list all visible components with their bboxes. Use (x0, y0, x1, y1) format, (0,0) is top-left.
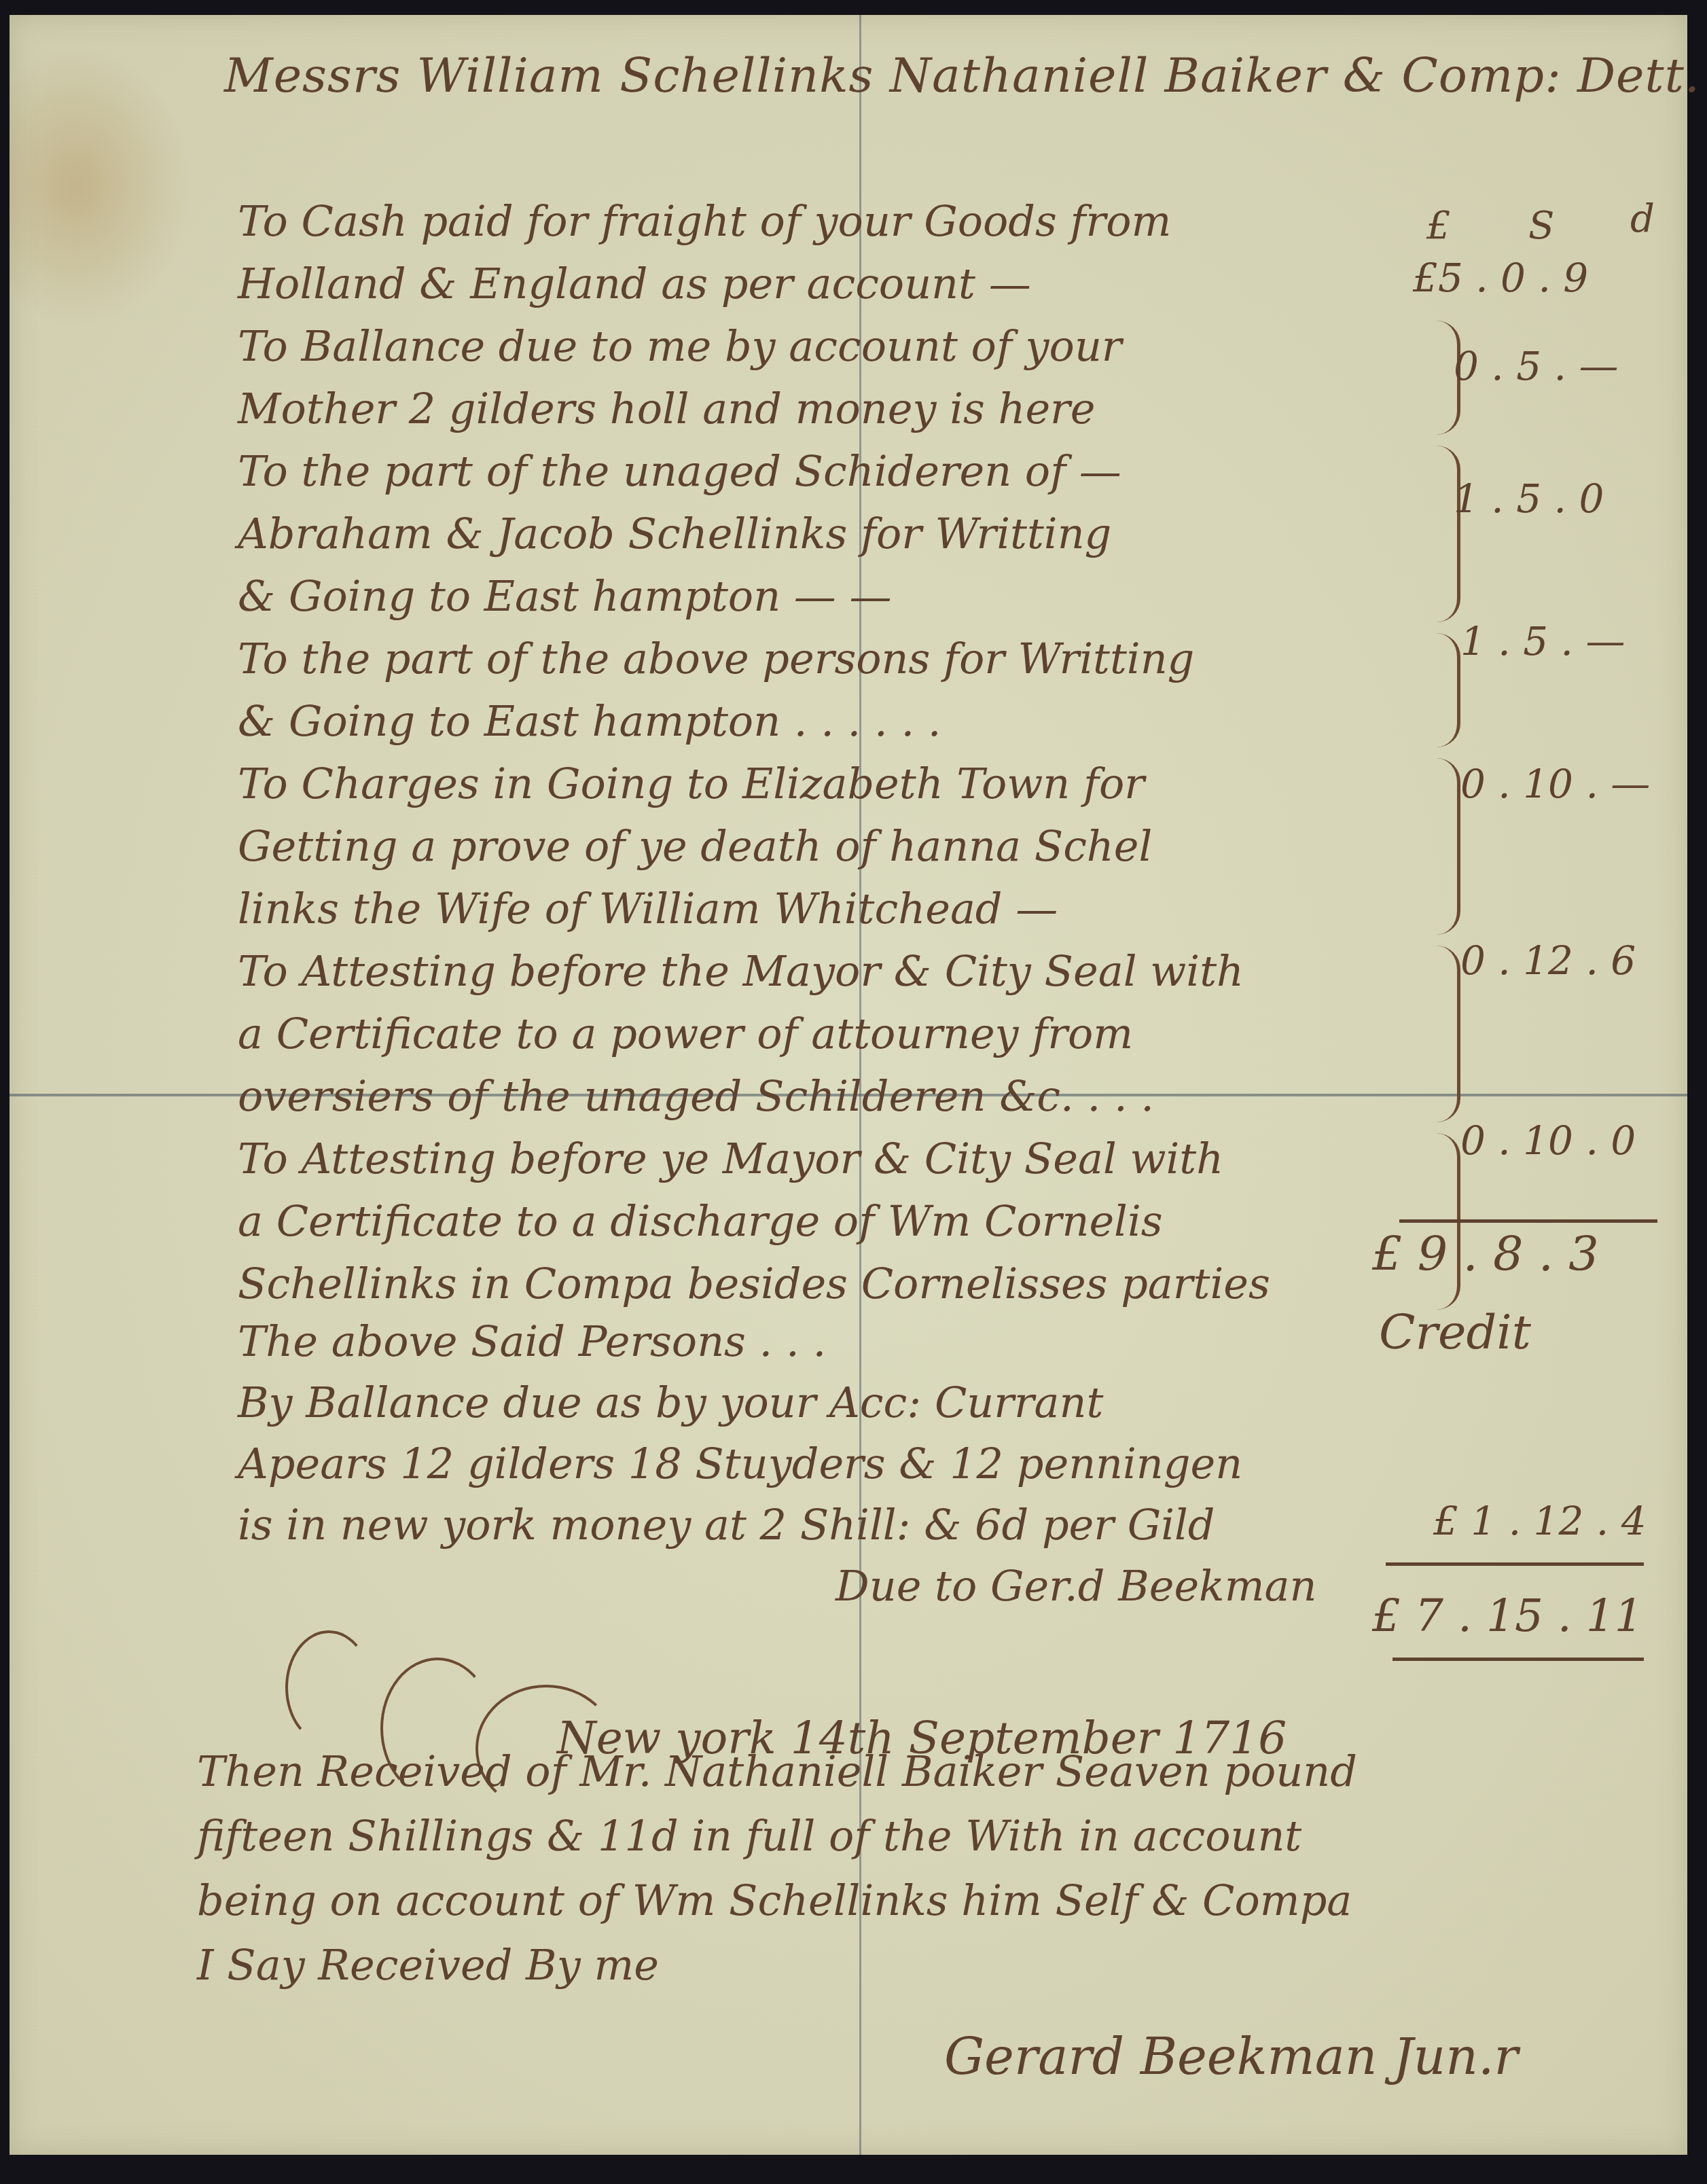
brace (1437, 633, 1460, 747)
col-header-pence: d (1630, 197, 1655, 241)
amount: 1 . 5 . 0 (1454, 476, 1604, 522)
account-heading: Messrs William Schellinks Nathaniell Bai… (224, 48, 1651, 103)
due-amount: £ 7 . 15 . 11 (1372, 1590, 1643, 1642)
amount: 0 . 12 . 6 (1460, 937, 1636, 984)
amount: £5 . 0 . 9 (1413, 255, 1588, 301)
brace (1437, 758, 1460, 935)
debit-entry: To the part of the unaged Schideren of —… (238, 440, 1433, 628)
credit-label: Credit (1379, 1304, 1531, 1360)
debit-entry: To the part of the above persons for Wri… (238, 628, 1433, 753)
amount: 0 . 5 . — (1454, 343, 1618, 389)
debit-entry: To Cash paid for fraight of your Goods f… (238, 190, 1433, 315)
debit-entry: To Attesting before ye Mayor & City Seal… (238, 1128, 1433, 1315)
debit-entries: To Cash paid for fraight of your Goods f… (238, 190, 1433, 1315)
col-header-shillings: S (1528, 204, 1554, 248)
credit-amount: £ 1 . 12 . 4 (1433, 1498, 1647, 1544)
brace (1437, 446, 1460, 622)
credit-rule (1386, 1562, 1644, 1566)
debit-entry: To Attesting before the Mayor & City Sea… (238, 940, 1433, 1128)
debit-entry: To Charges in Going to Elizabeth Town fo… (238, 753, 1433, 940)
total-rule (1399, 1219, 1657, 1223)
debit-entry: To Ballance due to me by account of your… (238, 315, 1433, 440)
brace (1437, 946, 1460, 1122)
amount: 0 . 10 . 0 (1460, 1117, 1636, 1164)
receipt-section: Then Received of Mr. Nathaniell Baiker S… (197, 1739, 1678, 1997)
debit-total: £ 9 . 8 . 3 (1372, 1226, 1599, 1282)
flourish (285, 1630, 372, 1744)
due-rule (1392, 1658, 1644, 1661)
amount: 0 . 10 . — (1460, 761, 1650, 807)
amount: 1 . 5 . — (1460, 618, 1625, 664)
signature: Gerard Beekman Jun.r (944, 2028, 1518, 2086)
credit-section: The above Said Persons . . . Credit By B… (238, 1311, 1664, 1617)
